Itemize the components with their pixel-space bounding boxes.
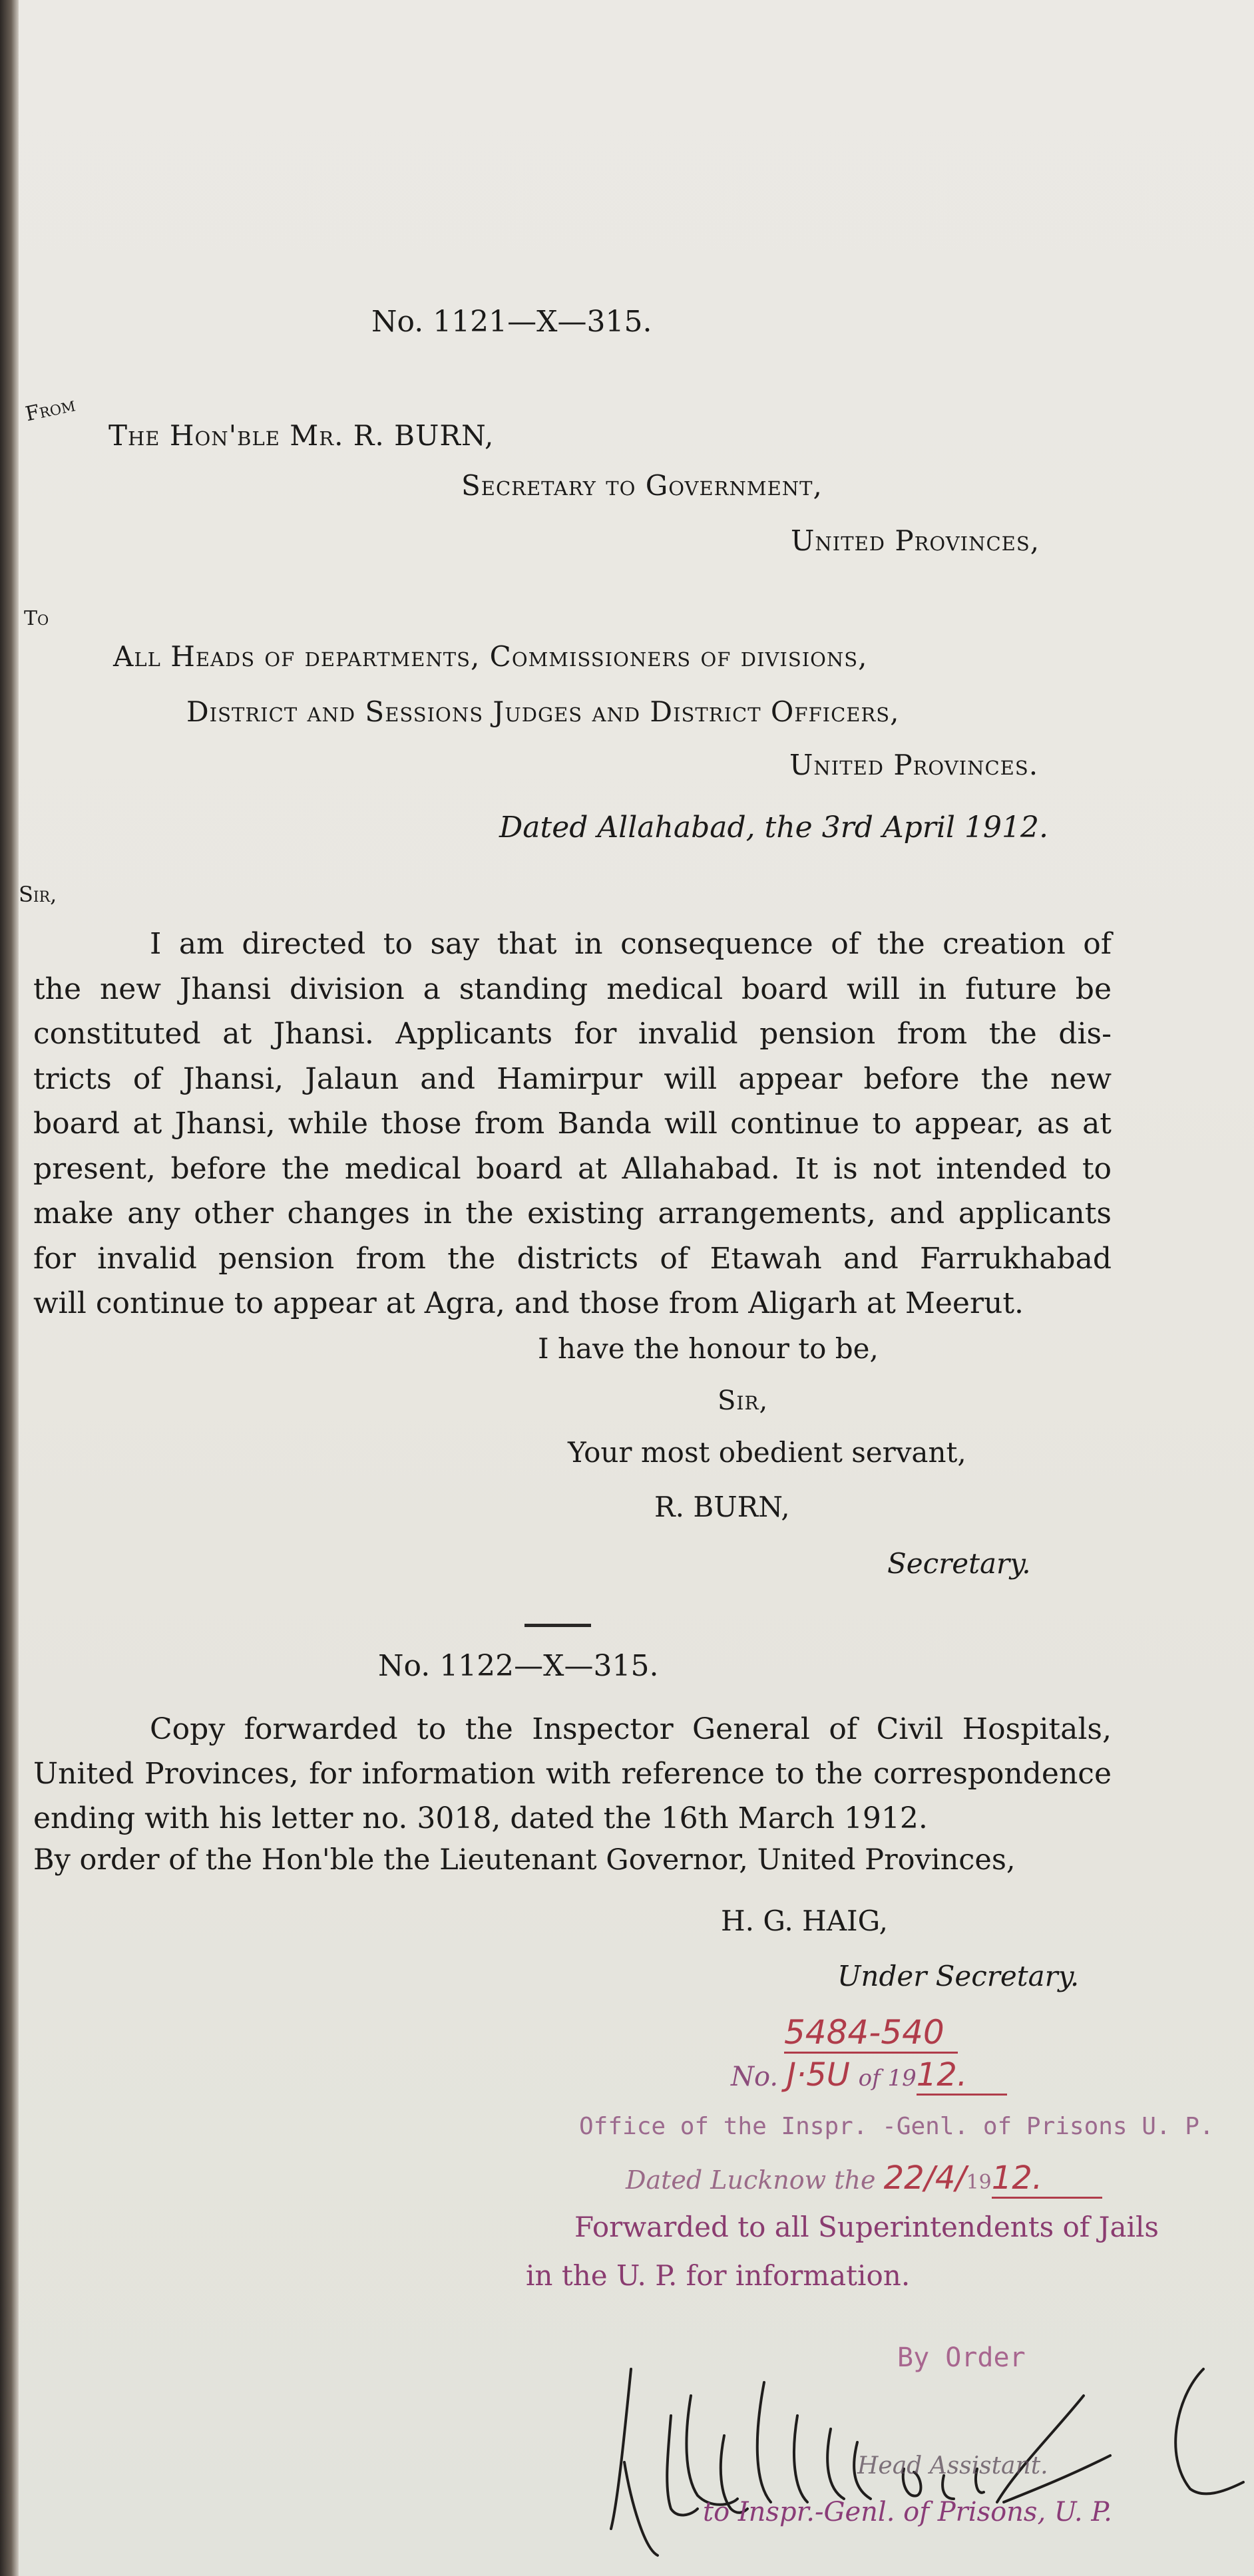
stamp-of-year-suffix: 12.	[917, 2056, 1007, 2096]
closing-designation: Secretary.	[887, 1547, 1031, 1580]
salutation: Sir,	[19, 882, 57, 907]
body-line: present, before the medical board at All…	[33, 1147, 1112, 1192]
recipient-line-1: All Heads of departments, Commissioners …	[113, 640, 868, 673]
stamp-dated-value: 22/4/	[884, 2159, 966, 2197]
body-line: I am directed to say that in consequence…	[33, 922, 1112, 967]
stamp-dated-row: Dated Lucknow the 22/4/1912.	[626, 2159, 1102, 2197]
document-page: No. 1121—X—315. From The Hon'ble Mr. R. …	[19, 0, 1254, 2576]
section-divider	[524, 1624, 591, 1627]
closing-servant: Your most obedient servant,	[568, 1436, 966, 1469]
letter-body: I am directed to say that in consequence…	[33, 922, 1112, 1326]
sender-place: United Provinces,	[791, 524, 1040, 557]
letter-ref-number: No. 1121—X—315.	[371, 305, 652, 339]
page-binding-edge	[0, 0, 19, 2576]
stamp-of-year-prefix: of 19	[859, 2065, 917, 2092]
recipient-line-3: United Provinces.	[789, 749, 1038, 781]
stamp-head-assistant: Head Assistant.	[857, 2452, 1048, 2480]
body-line: constituted at Jhansi. Applicants for in…	[33, 1012, 1112, 1057]
endorsement-ref-number: No. 1122—X—315.	[378, 1649, 658, 1683]
stamp-no-prefix: No.	[731, 2062, 778, 2092]
body-line: will continue to appear at Agra, and tho…	[33, 1281, 1112, 1326]
body-line: for invalid pension from the districts o…	[33, 1236, 1112, 1282]
endorsement-line: Copy forwarded to the Inspector General …	[33, 1707, 1112, 1751]
from-label: From	[23, 393, 77, 427]
body-line: the new Jhansi division a standing medic…	[33, 967, 1112, 1012]
body-line: board at Jhansi, while those from Banda …	[33, 1101, 1112, 1147]
body-line: make any other changes in the existing a…	[33, 1191, 1112, 1236]
sender-title: Secretary to Government,	[461, 469, 823, 502]
closing-sir: Sir,	[718, 1385, 768, 1416]
handwritten-file-number: 5484-540	[784, 2013, 958, 2054]
letter-date: Dated Allahabad, the 3rd April 1912.	[499, 811, 1048, 844]
sender-name: The Hon'ble Mr. R. BURN,	[108, 419, 494, 452]
endorsement-line: ending with his letter no. 3018, dated t…	[33, 1796, 1112, 1841]
to-label: To	[24, 607, 49, 630]
closing-signatory: R. BURN,	[654, 1491, 790, 1523]
endorsement-by-order: By order of the Hon'ble the Lieutenant G…	[33, 1843, 1016, 1877]
body-line: tricts of Jhansi, Jalaun and Hamirpur wi…	[33, 1057, 1112, 1102]
recipient-line-2: District and Sessions Judges and Distric…	[186, 695, 899, 728]
stamp-dated-year-suffix: 12.	[992, 2159, 1102, 2199]
stamp-office-footer: to Inspr.-Genl. of Prisons, U. P.	[703, 2497, 1112, 2527]
stamp-forwarded-line-1: Forwarded to all Superintendents of Jail…	[574, 2211, 1159, 2243]
endorsement-signatory: H. G. HAIG,	[721, 1905, 888, 1937]
stamp-no-value: J·5U	[787, 2056, 850, 2094]
stamp-dated-year-prefix: 19	[966, 2171, 992, 2194]
stamp-forwarded-line-2: in the U. P. for information.	[526, 2259, 910, 2292]
endorsement-designation: Under Secretary.	[837, 1960, 1079, 1992]
endorsement-line: United Provinces, for information with r…	[33, 1751, 1112, 1796]
stamp-number-row: No. J·5U of 1912.	[731, 2056, 1007, 2094]
closing-honour: I have the honour to be,	[538, 1332, 879, 1365]
stamp-office-line: Office of the Inspr. -Genl. of Prisons U…	[579, 2113, 1214, 2140]
stamp-dated-prefix: Dated Lucknow the	[626, 2165, 876, 2195]
endorsement-body: Copy forwarded to the Inspector General …	[33, 1707, 1112, 1841]
